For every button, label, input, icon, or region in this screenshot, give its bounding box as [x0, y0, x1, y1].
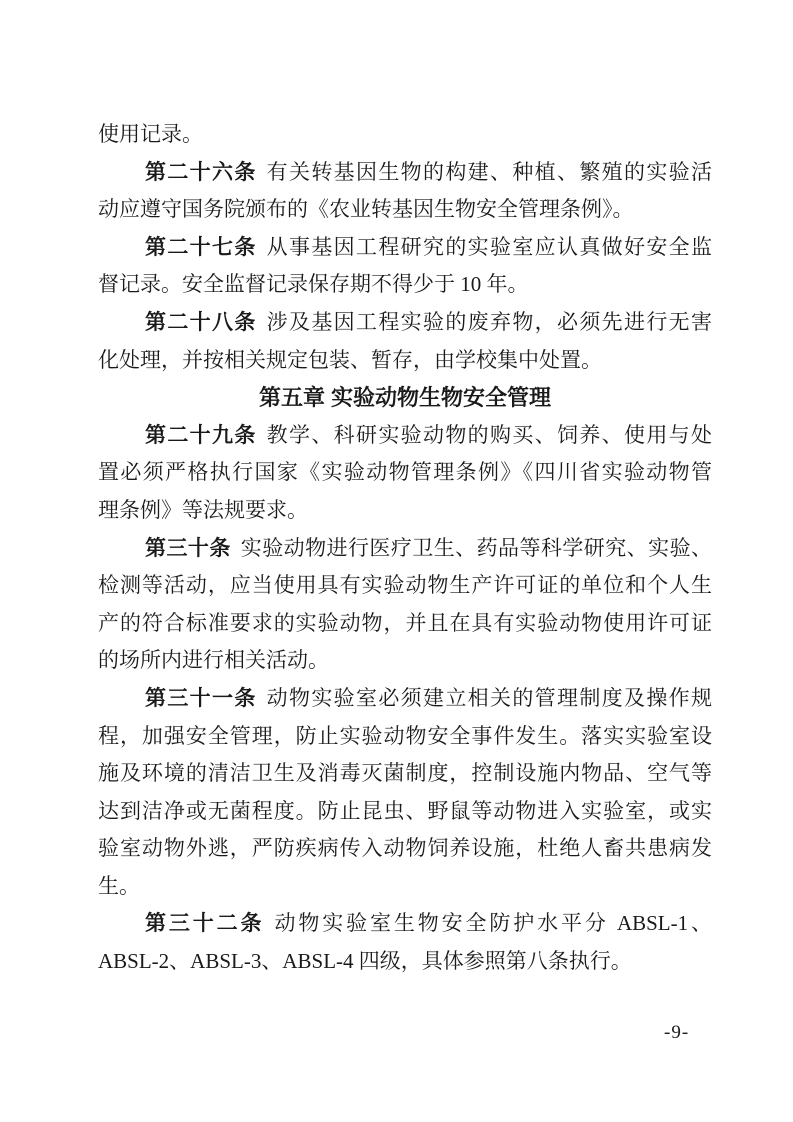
text-line: 验室动物外逃，严防疾病传入动物饲养设施，杜绝人畜共患病发	[98, 830, 712, 868]
line-text: 程，加强安全管理，防止实验动物安全事件发生。落实实验室设	[98, 724, 712, 748]
text-line: 第二十八条涉及基因工程实验的废弃物，必须先进行无害	[98, 304, 712, 342]
chapter-heading: 第五章 实验动物生物安全管理	[98, 379, 712, 417]
line-text: 达到洁净或无菌程度。防止昆虫、野鼠等动物进入实验室，或实	[98, 799, 712, 823]
text-line: 的场所内进行相关活动。	[98, 642, 712, 680]
line-text: 涉及基因工程实验的废弃物，必须先进行无害	[267, 310, 712, 334]
line-text: 动应遵守国务院颁布的《农业转基因生物安全管理条例》。	[98, 197, 634, 221]
article-label: 第三十条	[145, 536, 231, 560]
text-line: 使用记录。	[98, 116, 712, 154]
line-text: 产的符合标准要求的实验动物，并且在具有实验动物使用许可证	[98, 611, 712, 635]
text-line: 理条例》等法规要求。	[98, 492, 712, 530]
text-line: 第二十七条从事基因工程研究的实验室应认真做好安全监	[98, 229, 712, 267]
line-text: 置必须严格执行国家《实验动物管理条例》《四川省实验动物管	[98, 460, 712, 484]
line-text: 验室动物外逃，严防疾病传入动物饲养设施，杜绝人畜共患病发	[98, 836, 712, 860]
line-text: 动物实验室必须建立相关的管理制度及操作规	[267, 686, 712, 710]
line-text: 理条例》等法规要求。	[98, 498, 308, 522]
line-text: 检测等活动，应当使用具有实验动物生产许可证的单位和个人生	[98, 573, 712, 597]
line-text: 从事基因工程研究的实验室应认真做好安全监	[267, 235, 712, 259]
line-text: 有关转基因生物的构建、种植、繁殖的实验活	[267, 160, 712, 184]
article-label: 第二十六条	[145, 160, 257, 184]
text-line: 产的符合标准要求的实验动物，并且在具有实验动物使用许可证	[98, 605, 712, 643]
line-text: 教学、科研实验动物的购买、饲养、使用与处	[267, 423, 712, 447]
article-label: 第三十二条	[145, 911, 264, 935]
document-page: 使用记录。 第二十六条有关转基因生物的构建、种植、繁殖的实验活 动应遵守国务院颁…	[0, 0, 793, 1122]
text-line: 第三十二条动物实验室生物安全防护水平分 ABSL-1、	[98, 905, 712, 943]
text-line: 程，加强安全管理，防止实验动物安全事件发生。落实实验室设	[98, 718, 712, 756]
line-text: 实验动物进行医疗卫生、药品等科学研究、实验、	[241, 536, 712, 560]
text-line: 施及环境的清洁卫生及消毒灭菌制度，控制设施内物品、空气等	[98, 755, 712, 793]
article-label: 第二十九条	[145, 423, 257, 447]
line-text: 施及环境的清洁卫生及消毒灭菌制度，控制设施内物品、空气等	[98, 761, 712, 785]
text-line: 达到洁净或无菌程度。防止昆虫、野鼠等动物进入实验室，或实	[98, 793, 712, 831]
text-line: 督记录。安全监督记录保存期不得少于 10 年。	[98, 266, 712, 304]
text-line: 检测等活动，应当使用具有实验动物生产许可证的单位和个人生	[98, 567, 712, 605]
page-number: -9-	[664, 1021, 689, 1045]
line-text: 的场所内进行相关活动。	[98, 648, 329, 672]
text-line: 生。	[98, 868, 712, 906]
line-text: 化处理，并按相关规定包装、暂存，由学校集中处置。	[98, 348, 602, 372]
text-line: 置必须严格执行国家《实验动物管理条例》《四川省实验动物管	[98, 454, 712, 492]
text-line: 第三十一条动物实验室必须建立相关的管理制度及操作规	[98, 680, 712, 718]
text-line: 第二十六条有关转基因生物的构建、种植、繁殖的实验活	[98, 154, 712, 192]
line-text: 使用记录。	[98, 122, 203, 146]
article-label: 第三十一条	[145, 686, 257, 710]
line-text: 动物实验室生物安全防护水平分 ABSL-1、	[274, 911, 712, 935]
article-label: 第二十八条	[145, 310, 257, 334]
line-text: ABSL-2、ABSL-3、ABSL-4 四级，具体参照第八条执行。	[98, 949, 632, 973]
line-text: 督记录。安全监督记录保存期不得少于 10 年。	[98, 272, 529, 296]
line-text: 生。	[98, 874, 140, 898]
page-body-text: 使用记录。 第二十六条有关转基因生物的构建、种植、繁殖的实验活 动应遵守国务院颁…	[98, 116, 712, 981]
text-line: 动应遵守国务院颁布的《农业转基因生物安全管理条例》。	[98, 191, 712, 229]
text-line: ABSL-2、ABSL-3、ABSL-4 四级，具体参照第八条执行。	[98, 943, 712, 981]
text-line: 第二十九条教学、科研实验动物的购买、饲养、使用与处	[98, 417, 712, 455]
text-line: 第三十条实验动物进行医疗卫生、药品等科学研究、实验、	[98, 530, 712, 568]
text-line: 化处理，并按相关规定包装、暂存，由学校集中处置。	[98, 342, 712, 380]
article-label: 第二十七条	[145, 235, 257, 259]
